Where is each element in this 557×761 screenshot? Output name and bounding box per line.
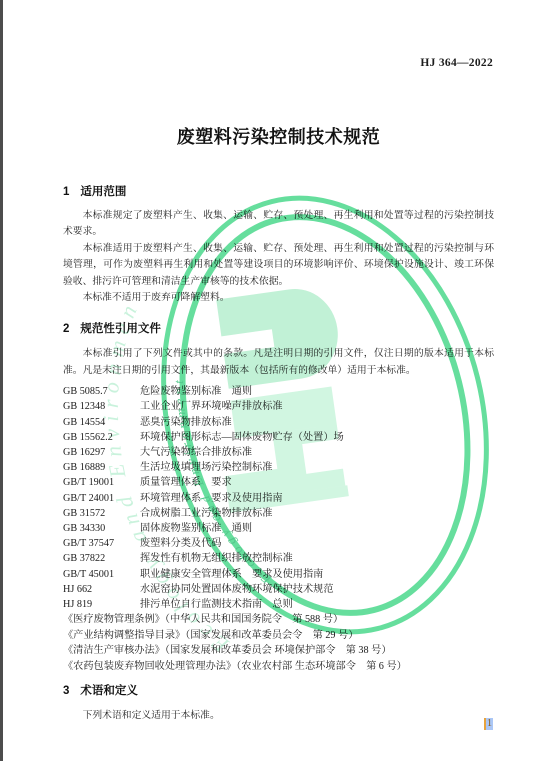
page-number: 1 (484, 718, 493, 730)
paragraph: 本标准适用于废塑料产生、收集、运输、贮存、预处理、再生利用和处置过程的污染控制与… (63, 241, 494, 290)
standard-code-cell: GB 12348 (63, 399, 140, 414)
standard-code-cell: GB 15562.2 (63, 430, 140, 445)
section-terms: 3术语和定义 下列术语和定义适用于本标准。 (63, 682, 494, 724)
standard-entry: GB 5085.7 危险废物鉴别标准 通则 (63, 384, 494, 399)
standard-title-cell: 环境管理体系 要求及使用指南 (140, 491, 494, 506)
page-left-edge (0, 0, 3, 761)
standard-title-cell: 大气污染物综合排放标准 (140, 445, 494, 460)
standard-title-cell: 危险废物鉴别标准 通则 (140, 384, 494, 399)
standard-code-cell: GB 37822 (63, 551, 140, 566)
section-title: 适用范围 (80, 186, 126, 198)
standard-title-cell: 工业企业厂界环境噪声排放标准 (140, 399, 494, 414)
standard-code-cell: GB/T 19001 (63, 475, 140, 490)
standard-title-cell: 废塑料分类及代码 (140, 536, 494, 551)
section-heading-references: 2规范性引用文件 (63, 320, 494, 336)
paragraph: 本标准不适用于废弃可降解塑料。 (63, 290, 494, 306)
document-entry: 《清洁生产审核办法》（国家发展和改革委员会 环境保护部令 第 38 号） (63, 643, 494, 658)
standard-code-cell: HJ 819 (63, 597, 140, 612)
standard-code-cell: GB 16297 (63, 445, 140, 460)
standard-code-cell: GB 5085.7 (63, 384, 140, 399)
standard-entry: GB/T 45001 职业健康安全管理体系 要求及使用指南 (63, 567, 494, 582)
standard-entry: GB 34330 固体废物鉴别标准 通则 (63, 521, 494, 536)
standard-entry: GB/T 37547 废塑料分类及代码 (63, 536, 494, 551)
standard-entry: GB 14554 恶臭污染物排放标准 (63, 415, 494, 430)
document-entry: 《农药包装废弃物回收处理管理办法》（农业农村部 生态环境部令 第 6 号） (63, 659, 494, 674)
standard-entry: GB/T 19001 质量管理体系 要求 (63, 475, 494, 490)
document-body: 1适用范围 本标准规定了废塑料产生、收集、运输、贮存、预处理、再生利用和处置等过… (63, 183, 494, 724)
page-title: 废塑料污染控制技术规范 (0, 123, 557, 149)
standard-title-cell: 挥发性有机物无组织排放控制标准 (140, 551, 494, 566)
standard-code: HJ 364—2022 (420, 57, 493, 69)
standard-title-cell: 合成树脂工业污染物排放标准 (140, 506, 494, 521)
section-scope: 1适用范围 本标准规定了废塑料产生、收集、运输、贮存、预处理、再生利用和处置等过… (63, 183, 494, 306)
standard-entry: GB 12348 工业企业厂界环境噪声排放标准 (63, 399, 494, 414)
document-entry: 《产业结构调整指导目录》（国家发展和改革委员会令 第 29 号） (63, 628, 494, 643)
standard-entry: GB 37822 挥发性有机物无组织排放控制标准 (63, 551, 494, 566)
paragraph: 本标准引用了下列文件或其中的条款。凡是注明日期的引用文件，仅注日期的版本适用于本… (63, 346, 494, 379)
standard-entry: GB 15562.2 环境保护图形标志—固体废物贮存（处置）场 (63, 430, 494, 445)
standard-code-cell: GB 34330 (63, 521, 140, 536)
standard-entry: GB/T 24001 环境管理体系 要求及使用指南 (63, 491, 494, 506)
paragraph: 下列术语和定义适用于本标准。 (63, 708, 494, 724)
document-entry: 《医疗废物管理条例》（中华人民共和国国务院令 第 588 号） (63, 612, 494, 627)
standard-title-cell: 排污单位自行监测技术指南 总则 (140, 597, 494, 612)
section-number: 3 (63, 685, 69, 697)
standard-title-cell: 固体废物鉴别标准 通则 (140, 521, 494, 536)
standard-title-cell: 恶臭污染物排放标准 (140, 415, 494, 430)
section-number: 2 (63, 323, 69, 335)
standard-code-cell: GB/T 37547 (63, 536, 140, 551)
standard-entry: GB 16889 生活垃圾填埋场污染控制标准 (63, 460, 494, 475)
standard-title-cell: 环境保护图形标志—固体废物贮存（处置）场 (140, 430, 494, 445)
standard-entry: HJ 819 排污单位自行监测技术指南 总则 (63, 597, 494, 612)
standard-code-cell: GB/T 45001 (63, 567, 140, 582)
standard-code-cell: GB 31572 (63, 506, 140, 521)
standard-code-cell: GB 14554 (63, 415, 140, 430)
section-number: 1 (63, 186, 69, 198)
standard-title-cell: 质量管理体系 要求 (140, 475, 494, 490)
paragraph: 本标准规定了废塑料产生、收集、运输、贮存、预处理、再生利用和处置等过程的污染控制… (63, 208, 494, 241)
standard-entry: HJ 662 水泥窑协同处置固体废物环境保护技术规范 (63, 582, 494, 597)
section-title: 术语和定义 (80, 685, 138, 697)
standard-title-cell: 职业健康安全管理体系 要求及使用指南 (140, 567, 494, 582)
document-page: HJ 364—2022 废塑料污染控制技术规范 1适用范围 本标准规定了废塑料产… (0, 0, 557, 761)
standard-code-cell: HJ 662 (63, 582, 140, 597)
standards-list: GB 5085.7 危险废物鉴别标准 通则 GB 12348 工业企业厂界环境噪… (63, 384, 494, 612)
standard-code-cell: GB 16889 (63, 460, 140, 475)
standard-code-cell: GB/T 24001 (63, 491, 140, 506)
section-heading-scope: 1适用范围 (63, 183, 494, 199)
documents-list: 《医疗废物管理条例》（中华人民共和国国务院令 第 588 号） 《产业结构调整指… (63, 612, 494, 674)
standard-entry: GB 16297 大气污染物综合排放标准 (63, 445, 494, 460)
standard-entry: GB 31572 合成树脂工业污染物排放标准 (63, 506, 494, 521)
section-title: 规范性引用文件 (80, 323, 161, 335)
standard-title-cell: 生活垃圾填埋场污染控制标准 (140, 460, 494, 475)
standard-title-cell: 水泥窑协同处置固体废物环境保护技术规范 (140, 582, 494, 597)
section-normative-references: 2规范性引用文件 本标准引用了下列文件或其中的条款。凡是注明日期的引用文件，仅注… (63, 320, 494, 673)
section-heading-terms: 3术语和定义 (63, 682, 494, 698)
